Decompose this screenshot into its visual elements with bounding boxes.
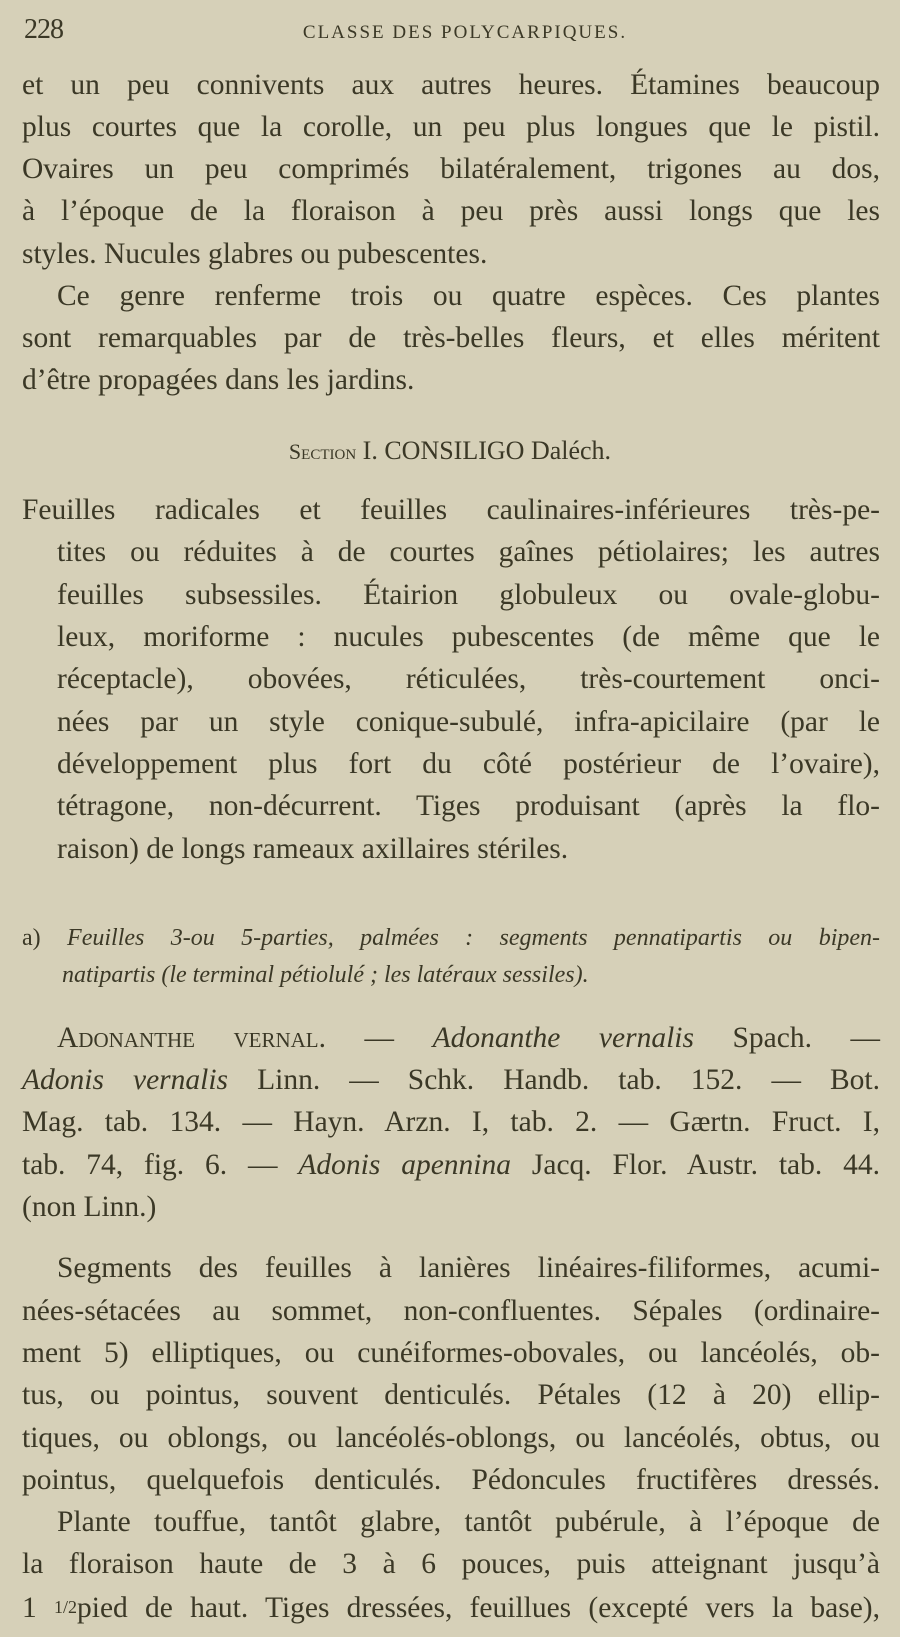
dash: — [365, 1022, 395, 1054]
running-head: CLASSE DES POLYCARPIQUES. [24, 22, 876, 44]
subdivision-text: Feuilles 3-ou 5-parties, palmées : segme… [67, 925, 880, 951]
section-name: CONSILIGO [384, 436, 524, 465]
section-number: I. [363, 436, 378, 465]
synonym-ref: tab. 74, fig. 6. — [22, 1149, 278, 1181]
subdivision-line: natipartis (le terminal pétiolulé ; les … [62, 960, 589, 990]
text-line: styles. Nucules glabres ou pubescentes. [22, 237, 880, 271]
text-line: d’être propagées dans les jardins. [22, 363, 880, 397]
synonym-name: Adonis apennina [298, 1149, 511, 1181]
synonym-ref: Jacq. Flor. Austr. tab. 44. [532, 1149, 880, 1181]
subdivision-line: a) Feuilles 3-ou 5-parties, palmées : se… [22, 923, 880, 953]
text-line: sont remarquables par de très-belles fle… [22, 321, 880, 355]
species-common-name: Adonanthe vernal. [57, 1022, 326, 1054]
text-line: ment 5) elliptiques, ou cunéiformes-obov… [22, 1336, 880, 1370]
text-line: nées-sétacées au sommet, non-confluentes… [22, 1294, 880, 1328]
text-line: et un peu connivents aux autres heures. … [22, 68, 880, 102]
species-author: Spach. — [733, 1022, 881, 1054]
text-line: à l’époque de la floraison à peu près au… [22, 194, 880, 228]
text-line: développement plus fort du côté postérie… [57, 747, 880, 781]
text-line: Feuilles radicales et feuilles caulinair… [22, 493, 880, 527]
text-line: la floraison haute de 3 à 6 pouces, puis… [22, 1547, 880, 1581]
text-line: feuilles subsessiles. Étairion globuleux… [57, 578, 880, 612]
text-line: pointus, quelquefois denticulés. Pédoncu… [22, 1463, 880, 1497]
species-heading: Adonanthe vernal. — Adonanthe vernalis S… [57, 1021, 880, 1055]
text-line: tites ou réduites à de courtes gaînes pé… [57, 535, 880, 569]
subdivision-marker: a) [22, 925, 41, 951]
synonym-name: Adonis vernalis [22, 1064, 228, 1096]
book-page: 228 CLASSE DES POLYCARPIQUES. et un peu … [0, 0, 900, 1637]
text-line: raison) de longs rameaux axillaires stér… [57, 832, 880, 866]
text-line: tétragone, non-décurrent. Tiges produisa… [57, 789, 880, 823]
text-line: Plante touffue, tantôt glabre, tantôt pu… [57, 1505, 880, 1539]
section-author: Daléch. [531, 436, 611, 465]
page-header: 228 CLASSE DES POLYCARPIQUES. [24, 14, 876, 54]
text-line: tiques, ou oblongs, ou lancéolés-oblongs… [22, 1421, 880, 1455]
fraction: 1/2 [54, 1597, 77, 1617]
text-line: plus courtes que la corolle, un peu plus… [22, 110, 880, 144]
text-line: Segments des feuilles à lanières linéair… [57, 1251, 880, 1285]
species-latin-name: Adonanthe vernalis [433, 1022, 694, 1054]
text-line: nées par un style conique-subulé, infra-… [57, 705, 880, 739]
synonymy-line: Mag. tab. 134. — Hayn. Arzn. I, tab. 2. … [22, 1105, 880, 1139]
number: 1 [22, 1592, 37, 1624]
synonym-ref: Linn. — Schk. Handb. tab. 152. — Bot. [257, 1064, 880, 1096]
text-line: leux, moriforme : nucules pubescentes (d… [57, 620, 880, 654]
synonymy-line: Adonis vernalis Linn. — Schk. Handb. tab… [22, 1063, 880, 1097]
section-heading: Section I. CONSILIGO Daléch. [0, 434, 900, 469]
text-span: pied de haut. Tiges dressées, feuillues … [77, 1592, 880, 1624]
synonymy-line: tab. 74, fig. 6. — Adonis apennina Jacq.… [22, 1148, 880, 1182]
text-line: tus, ou pointus, souvent denticulés. Pét… [22, 1378, 880, 1412]
section-label: Section [289, 439, 356, 464]
synonymy-line: (non Linn.) [22, 1190, 880, 1224]
text-line: réceptacle), obovées, réticulées, très-c… [57, 662, 880, 696]
text-line: Ovaires un peu comprimés bilatéralement,… [22, 152, 880, 186]
text-line: 1 1/2pied de haut. Tiges dressées, feuil… [22, 1590, 880, 1625]
text-line: Ce genre renferme trois ou quatre espèce… [57, 279, 880, 313]
